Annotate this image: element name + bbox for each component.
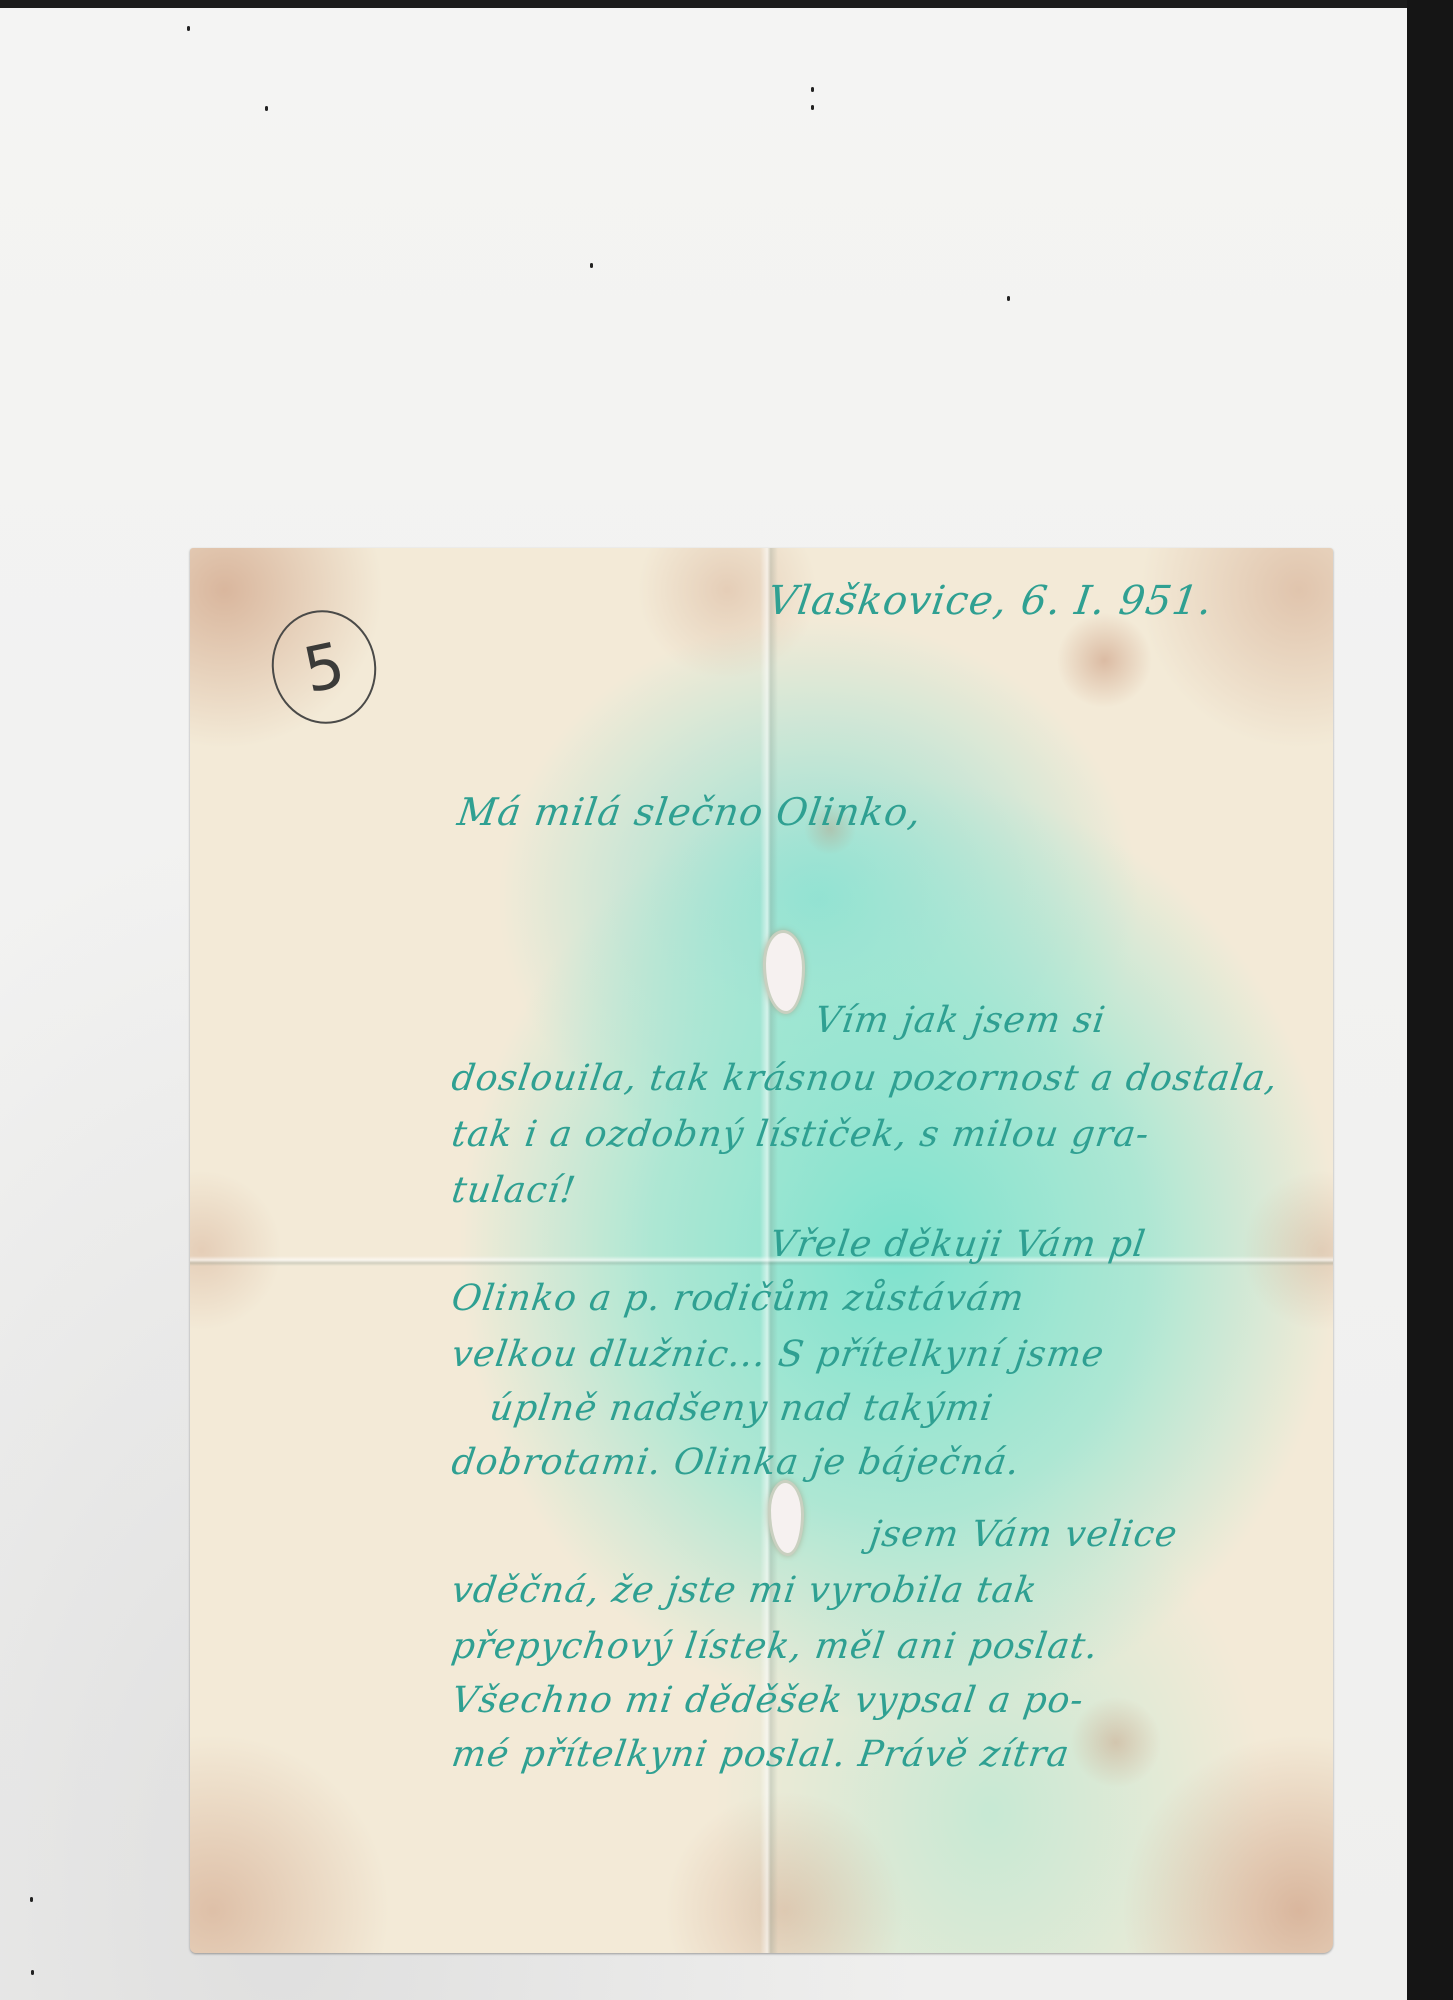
dust-speck [265,106,268,111]
dust-speck [1007,296,1010,301]
letter-line: Vím jak jsem si [812,1000,1108,1041]
scanner-top-edge [0,0,1407,8]
letter-line: přepychový lístek, měl ani poslat. [449,1626,1101,1667]
letter-line: Olinko a p. rodičům zůstávám [449,1278,1027,1319]
dust-speck [811,105,814,110]
dust-speck [811,87,814,92]
letter-line: velkou dlužnic... S přítelkyní jsme [449,1334,1107,1375]
horizontal-fold [190,1256,1333,1266]
letter-line: tak i a ozdobný lístiček, s milou gra- [449,1114,1152,1155]
dust-speck [590,263,593,268]
place-date: Vlaškovice, 6. I. 951. [765,578,1216,624]
dust-speck [31,1970,34,1975]
letter-line: jsem Vám velice [867,1514,1180,1555]
dust-speck [30,1897,33,1902]
scanner-right-edge [1407,0,1453,2000]
letter-sheet: 5 Vlaškovice, 6. I. 951. Má milá slečno … [190,548,1333,1953]
letter-line: tulací! [449,1170,579,1211]
letter-line: mé přítelkyni poslal. Právě zítra [449,1734,1072,1775]
letter-line: Všechno mi děděšek vypsal a po- [449,1680,1086,1721]
letter-line: Vřele děkuji Vám pl [767,1224,1148,1265]
letter-line: doslouila, tak krásnou pozornost a dosta… [449,1058,1281,1099]
letter-line: úplně nadšeny nad takými [487,1388,996,1429]
salutation: Má milá slečno Olinko, [455,790,925,834]
letter-line: dobrotami. Olinka je báječná. [449,1442,1022,1483]
dust-speck [187,26,190,31]
letter-line: vděčná, že jste mi vyrobila tak [449,1570,1040,1611]
